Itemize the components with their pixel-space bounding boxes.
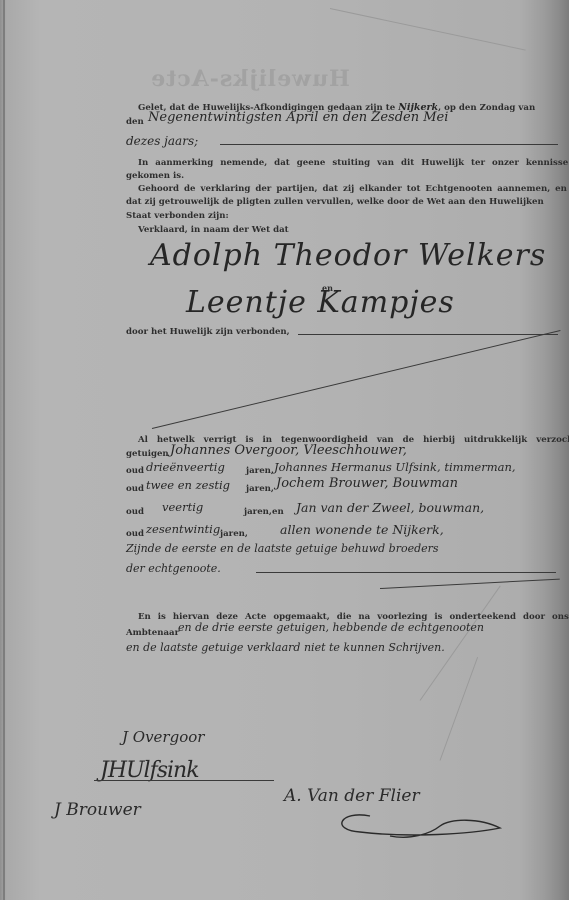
scan-scratch: [330, 8, 526, 51]
handwritten-witness-2: Johannes Hermanus Ulfsink, timmerman,: [274, 460, 516, 474]
handwritten-age: twee en zestig: [146, 478, 230, 492]
handwritten-age: zesentwintig: [146, 522, 220, 536]
handwritten-groom-name: Adolph Theodor Welkers: [150, 238, 546, 273]
printed-text: jaren,: [246, 483, 274, 496]
signature-brouwer: J Brouwer: [54, 800, 141, 820]
handwritten-witness-4: Jan van der Zweel, bouwman,: [296, 500, 484, 515]
printed-text: oud: [126, 465, 144, 478]
handwritten-residence: allen wonende te Nijkerk,: [280, 522, 444, 537]
printed-text: In aanmerking nemende, dat geene stuitin…: [138, 157, 568, 170]
printed-text: gekomen is.: [126, 170, 184, 183]
signature-underline: [94, 780, 274, 781]
handwritten-relation: Zijnde de eerste en de laatste getuige b…: [126, 542, 439, 555]
printed-text: Staat verbonden zijn:: [126, 210, 229, 223]
handwritten-text: en de laatste getuige verklaard niet te …: [126, 641, 445, 654]
signature-official: A. Van der Flier: [284, 786, 420, 806]
handwritten-age: veertig: [162, 500, 203, 514]
handwritten-witness-1: Johannes Overgoor, Vleeschhouwer,: [170, 443, 407, 458]
scanned-document-page: Huwelijks-Acte Gelet, dat de Huwelijks-A…: [0, 0, 569, 900]
cancel-stroke: [152, 330, 561, 429]
handwritten-bride-name: Leentje Kampjes: [186, 285, 455, 320]
printed-text: oud: [126, 506, 144, 519]
printed-text: jaren,: [220, 528, 248, 541]
printed-text: jaren,: [246, 465, 274, 478]
cancel-stroke: [380, 579, 560, 589]
printed-text: door het Huwelijk zijn verbonden,: [126, 326, 290, 339]
handwritten-witness-3: Jochem Brouwer, Bouwman: [276, 476, 458, 491]
printed-text: jaren,: [244, 506, 272, 519]
scan-scratch: [440, 657, 479, 761]
fill-line: [220, 144, 558, 145]
printed-text: oud: [126, 528, 144, 541]
fill-line: [298, 334, 558, 335]
handwritten-relation: der echtgenoote.: [126, 562, 221, 575]
handwritten-text: dezes jaars;: [126, 134, 198, 148]
handwritten-dates: Negenentwintigsten April en den Zesden M…: [148, 110, 448, 125]
printed-text: en: [272, 506, 284, 519]
binding-edge: [3, 0, 5, 900]
printed-text: dat zij getrouwelijk de pligten zullen v…: [126, 196, 544, 209]
handwritten-age: drieënveertig: [146, 460, 225, 474]
printed-text: Ambtenaar: [126, 627, 179, 640]
printed-text: Gehoord de verklaring der partijen, dat …: [138, 183, 567, 196]
handwritten-text: en de drie eerste getuigen, hebbende de …: [178, 621, 484, 634]
ghost-title-bleedthrough: Huwelijks-Acte: [140, 66, 360, 92]
fill-line: [256, 572, 556, 573]
printed-text: , op den Zondag van: [438, 103, 535, 113]
printed-text: den: [126, 116, 144, 129]
printed-text: oud: [126, 483, 144, 496]
printed-text: Verklaard, in naam der Wet dat: [138, 224, 289, 237]
signature-flourish: [330, 810, 510, 850]
signature-overgoor: J Overgoor: [122, 728, 204, 746]
